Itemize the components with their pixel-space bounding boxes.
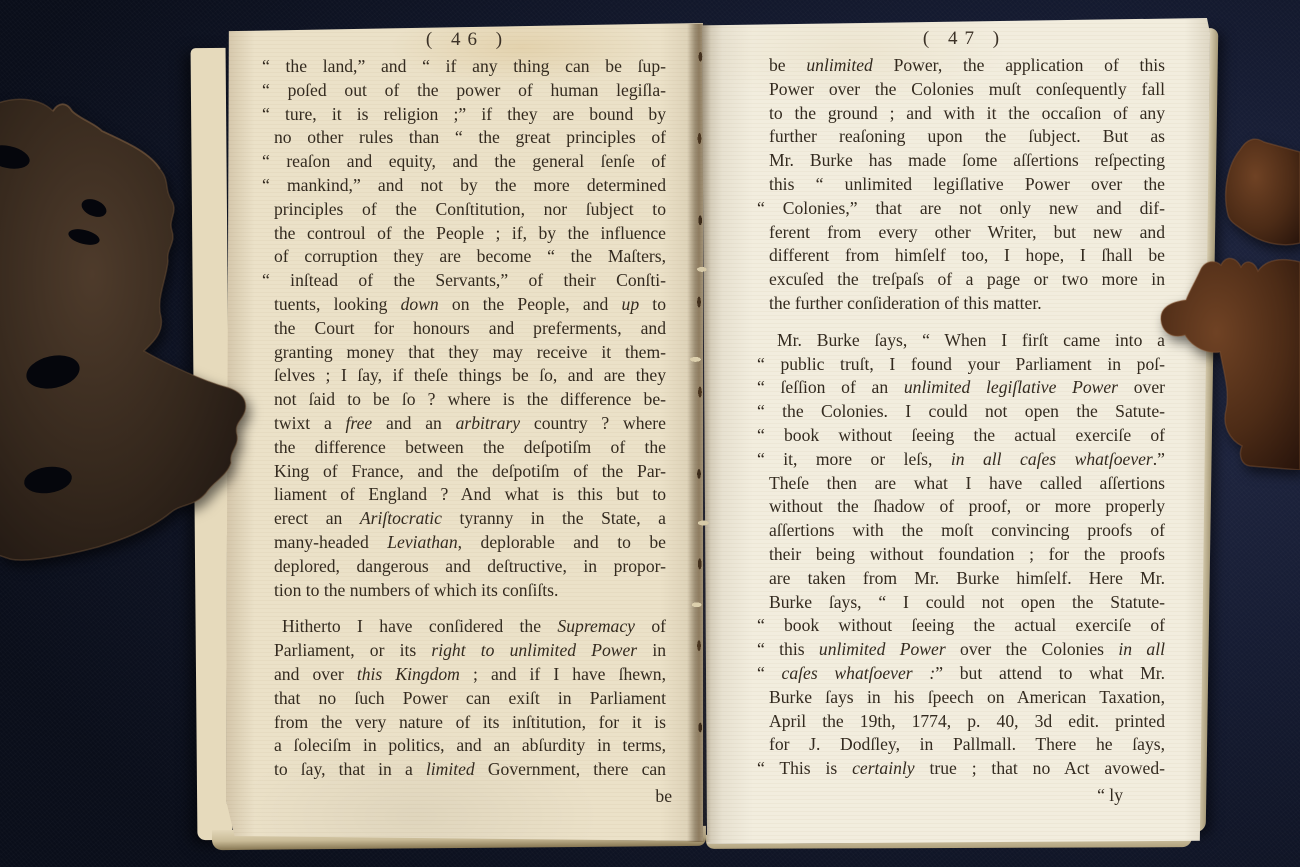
text-line: Burke ſays, “ I could not open the Statu… xyxy=(769,591,1165,615)
text-line: granting money that they may receive it … xyxy=(274,341,666,365)
text-line: twixt a free and an arbitrary country ? … xyxy=(274,412,666,436)
text-line: principles of the Conſtitution, nor ſubj… xyxy=(274,198,666,222)
text-line: “ This is certainly true ; that no Act a… xyxy=(769,757,1165,781)
text-line: “ public truſt, I found your Parliament … xyxy=(769,353,1165,377)
text-line: “ Colonies,” that are not only new and d… xyxy=(769,197,1165,221)
text-line: Hitherto I have conſidered the Supremacy… xyxy=(274,615,666,639)
text-line: ferent from every other Writer, but new … xyxy=(769,221,1165,245)
text-line: aſſertions with the moſt convincing proo… xyxy=(769,519,1165,543)
page-text-right: be unlimited Power, the application of t… xyxy=(757,54,1165,781)
text-line: liament of England ? And what is this bu… xyxy=(274,483,666,507)
text-line: are taken from Mr. Burke himſelf. Here M… xyxy=(769,567,1165,591)
text-line: Mr. Burke ſays, “ When I firſt came into… xyxy=(769,329,1165,353)
text-line: that no ſuch Power can exiſt in Parliame… xyxy=(274,687,666,711)
text-line: Power over the Colonies muſt conſequentl… xyxy=(769,78,1165,102)
page-number-right: ( 47 ) xyxy=(757,27,1165,51)
dark-fabric-background: ( 46 ) “ the land,” and “ if any thing c… xyxy=(0,0,1300,867)
text-line: ſelves ; I ſay, if theſe things be ſo, a… xyxy=(274,364,666,388)
text-line: be unlimited Power, the application of t… xyxy=(769,54,1165,78)
text-line: a ſoleciſm in politics, and an abſurdity… xyxy=(274,734,666,758)
metal-clasp-left xyxy=(0,85,258,585)
text-line: “ poſed out of the power of human legiſl… xyxy=(274,79,666,103)
text-line: not ſaid to be ſo ? where is the differe… xyxy=(274,388,666,412)
text-line: Mr. Burke has made ſome aſſertions reſpe… xyxy=(769,149,1165,173)
text-line: erect an Ariſtocratic tyranny in the Sta… xyxy=(274,507,666,531)
text-line: tuents, looking down on the People, and … xyxy=(274,293,666,317)
catchword-left: be xyxy=(262,785,672,809)
text-line: April the 19th, 1774, p. 40, 3d edit. pr… xyxy=(769,710,1165,734)
text-line: “ the Colonies. I could not open the Sat… xyxy=(769,400,1165,424)
text-line: Parliament, or its right to unlimited Po… xyxy=(274,639,666,663)
page-text-left: “ the land,” and “ if any thing can be ſ… xyxy=(262,55,666,782)
text-line: without the ſhadow of proof, or more pro… xyxy=(769,495,1165,519)
text-line: from the very nature of its inſtitution,… xyxy=(274,711,666,735)
text-column-right: ( 47 ) be unlimited Power, the applicati… xyxy=(757,27,1165,808)
text-line: no other rules than “ the great principl… xyxy=(274,126,666,150)
text-line: “ the land,” and “ if any thing can be ſ… xyxy=(274,55,666,79)
text-line: to the ground ; and with it the occaſion… xyxy=(769,102,1165,126)
text-line: Theſe then are what I have called aſſert… xyxy=(769,472,1165,496)
text-line: deplored, dangerous and deſtructive, in … xyxy=(274,555,666,579)
text-line: the Court for honours and preferments, a… xyxy=(274,317,666,341)
text-line: and over this Kingdom ; and if I have ſh… xyxy=(274,663,666,687)
text-line: “ caſes whatſoever :” but attend to what… xyxy=(769,662,1165,686)
text-line: many-headed Leviathan, deplorable and to… xyxy=(274,531,666,555)
text-line: “ reaſon and equity, and the general ſen… xyxy=(274,150,666,174)
book-page-left: ( 46 ) “ the land,” and “ if any thing c… xyxy=(226,23,703,841)
text-line: different from himſelf too, I hope, I ſh… xyxy=(769,244,1165,268)
text-line: “ book without ſeeing the actual exerciſ… xyxy=(769,614,1165,638)
text-line: “ ſeſſion of an unlimited legiſlative Po… xyxy=(769,376,1165,400)
text-line: their being without foundation ; for the… xyxy=(769,543,1165,567)
metal-clasp-right xyxy=(1152,130,1300,470)
text-line: for J. Dodſley, in Pallmall. There he ſa… xyxy=(769,733,1165,757)
book-page-right: ( 47 ) be unlimited Power, the applicati… xyxy=(702,18,1210,844)
text-line: “ mankind,” and not by the more determin… xyxy=(274,174,666,198)
text-line: “ book without ſeeing the actual exerciſ… xyxy=(769,424,1165,448)
text-line: the controul of the People ; if, by the … xyxy=(274,222,666,246)
text-line: Burke ſays in his ſpeech on American Tax… xyxy=(769,686,1165,710)
text-line: of corruption they are become “ the Maſt… xyxy=(274,245,666,269)
page-number-left: ( 46 ) xyxy=(262,28,666,52)
text-line: “ inſtead of the Servants,” of their Con… xyxy=(274,269,666,293)
binding-gutter-stitches xyxy=(687,24,711,842)
text-line: to ſay, that in a limited Government, th… xyxy=(274,758,666,782)
text-line: tion to the numbers of which its conſiſt… xyxy=(274,579,666,603)
catchword-right: “ ly xyxy=(757,784,1165,808)
text-line: “ this unlimited Power over the Colonies… xyxy=(769,638,1165,662)
text-column-left: ( 46 ) “ the land,” and “ if any thing c… xyxy=(262,28,666,809)
text-line: further reaſoning upon the ſubject. But … xyxy=(769,125,1165,149)
text-line: “ it, more or leſs, in all caſes whatſoe… xyxy=(769,448,1165,472)
text-line: excuſed the treſpaſs of a page or two mo… xyxy=(769,268,1165,292)
text-line: the further conſideration of this matter… xyxy=(769,292,1165,316)
text-line: the difference between the deſpotiſm of … xyxy=(274,436,666,460)
text-line: this “ unlimited legiſlative Power over … xyxy=(769,173,1165,197)
text-line: “ ture, it is religion ;” if they are bo… xyxy=(274,103,666,127)
text-line: King of France, and the deſpotiſm of the… xyxy=(274,460,666,484)
